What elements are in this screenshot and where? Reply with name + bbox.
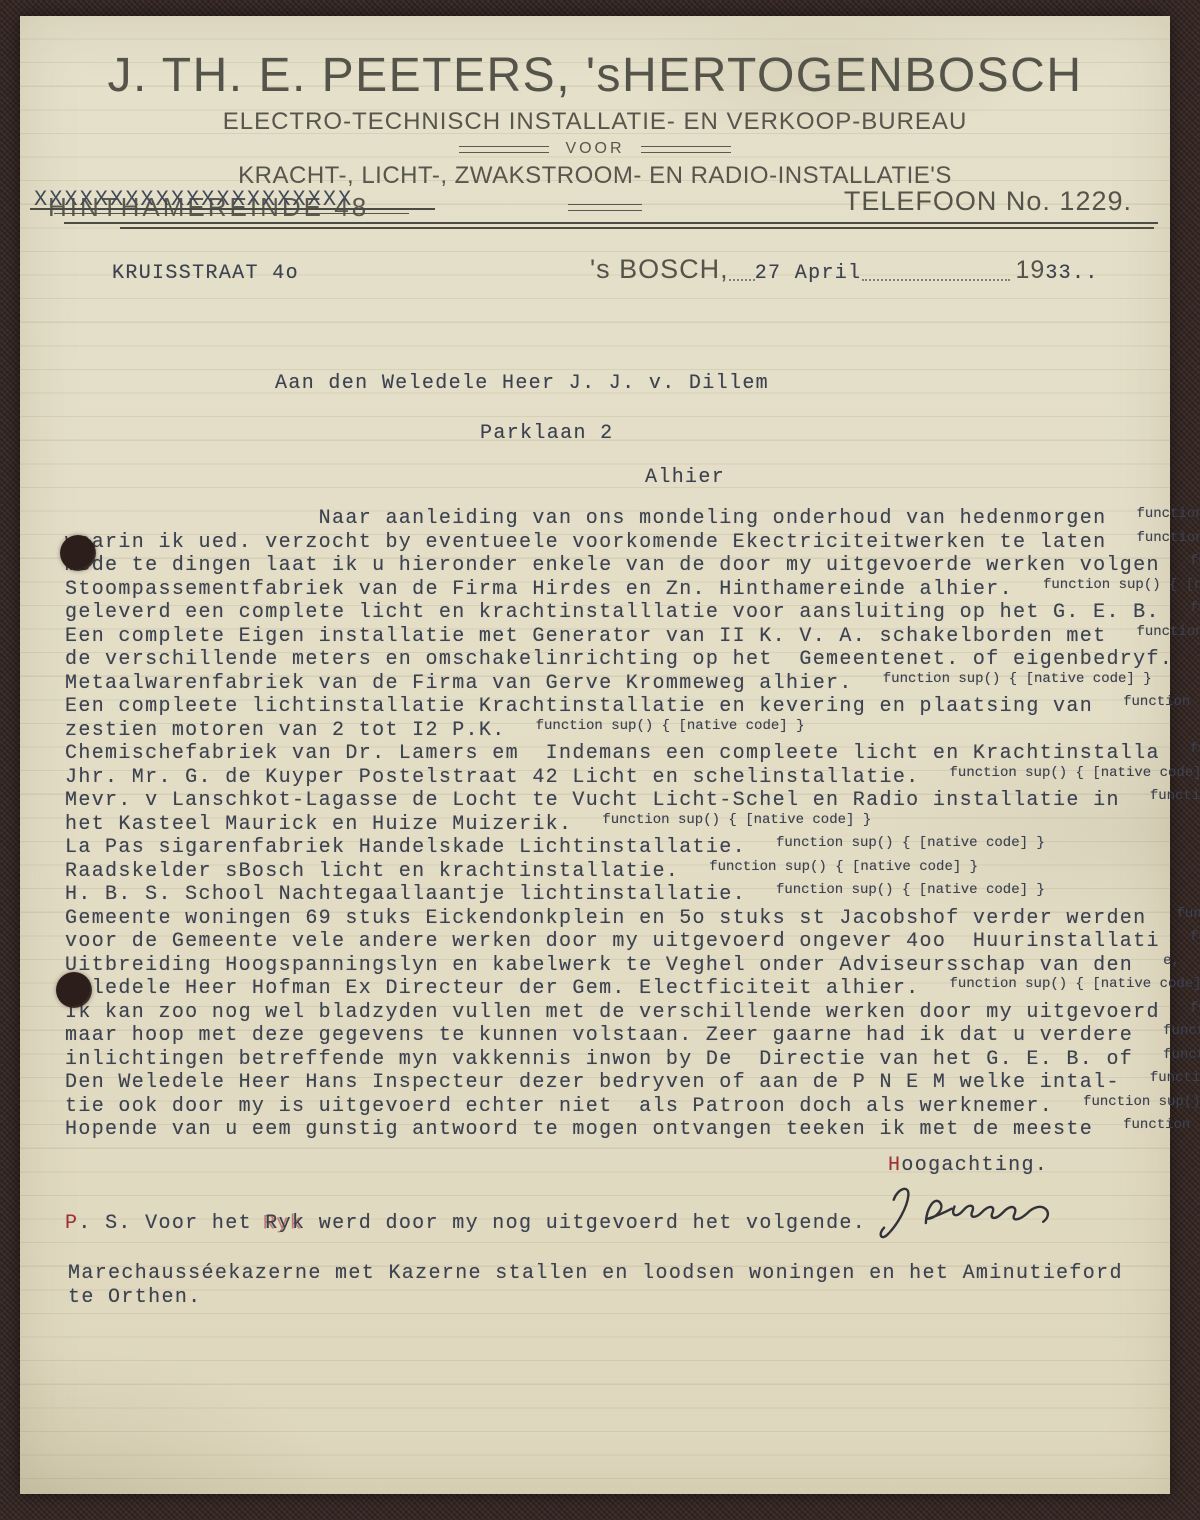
typed-superscript: function sup() { [native code] } xyxy=(1083,1094,1200,1110)
typed-superscript: function sup() { [native code] } xyxy=(1123,1117,1200,1133)
typed-superscript: function sup() { [native code] } xyxy=(1190,1000,1200,1016)
letter-paper: J. TH. E. PEETERS, 'sHERTOGENBOSCH ELECT… xyxy=(20,16,1170,1494)
recipient-street: Parklaan 2 xyxy=(480,422,614,445)
decor-double-line-center xyxy=(568,204,642,211)
letterhead-address-row: HINTHAMEREINDE 48 XXXXXXXXXXXXXXXXXXXXX … xyxy=(20,186,1170,224)
overstruck-word: Ryk xyxy=(265,1212,305,1235)
letter-body-line: Een compleete lichtinstallatie Krachtins… xyxy=(65,691,1170,715)
decor-double-line-right xyxy=(641,146,731,153)
letter-body-line: voor de Gemeente vele andere werken door… xyxy=(65,926,1170,950)
telefoon-number: TELEFOON No. 1229. xyxy=(844,186,1132,217)
letter-body-line: zestien motoren van 2 tot I2 P.K.functio… xyxy=(65,715,1170,739)
typed-superscript: function sup() { [native code] } xyxy=(883,671,1152,687)
postscript-line2: Marechausséekazerne met Kazerne stallen … xyxy=(68,1262,1123,1285)
typed-year: 33.. xyxy=(1045,262,1098,285)
typed-date: 27 April xyxy=(755,262,862,285)
letter-body-line: tie ook door my is uitgevoerd echter nie… xyxy=(65,1091,1170,1115)
letterhead-subtitle: ELECTRO-TECHNISCH INSTALLATIE- EN VERKOO… xyxy=(20,108,1170,136)
letter-body-line: Ik kan zoo nog wel bladzyden vullen met … xyxy=(65,997,1170,1021)
red-typed-initial: P xyxy=(65,1212,78,1235)
typed-superscript: function sup() { [native code] } xyxy=(1136,624,1200,640)
typed-superscript: function sup() { [native code] } xyxy=(1190,553,1200,569)
dateline: KRUISSTRAAT 4o 's BOSCH, 27 April 19 33.… xyxy=(20,254,1170,294)
letter-body-line: H. B. S. School Nachtegaallaantje lichti… xyxy=(65,879,1170,903)
typed-superscript: function sup() { [native code] } xyxy=(1190,600,1200,616)
letterhead-voor: VOOR xyxy=(565,140,624,158)
typed-x-strikeover: XXXXXXXXXXXXXXXXXXXXX xyxy=(34,187,353,212)
typed-superscript: function sup() { [native code] } xyxy=(1150,788,1200,804)
letter-body-line: Naar aanleiding van ons mondeling onderh… xyxy=(65,503,1170,527)
typed-superscript: function sup() { [native code] } xyxy=(1136,506,1200,522)
signature-svg xyxy=(862,1164,1058,1260)
typed-superscript: function sup() { [native code] } xyxy=(1043,577,1200,593)
letter-body-line: geleverd een complete licht en krachtins… xyxy=(65,597,1170,621)
typed-superscript: function sup() { [native code] } xyxy=(1136,530,1200,546)
letter-body-line: Uitbreiding Hoogspanningslyn en kabelwer… xyxy=(65,950,1170,974)
typed-superscript: function sup() { [native code] } xyxy=(1163,1047,1200,1063)
company-name: J. TH. E. PEETERS, 'sHERTOGENBOSCH xyxy=(20,48,1170,103)
letter-body-line: maar hoop met deze gegevens te kunnen vo… xyxy=(65,1020,1170,1044)
decor-double-line-left xyxy=(459,146,549,153)
letterhead-rule xyxy=(64,222,1158,233)
typed-superscript: function sup() { [native code] } xyxy=(776,882,1045,898)
punch-hole xyxy=(56,972,92,1008)
letterhead-rule-second-line xyxy=(120,227,1154,229)
recipient-name: Aan den Weledele Heer J. J. v. Dillem xyxy=(275,372,769,395)
old-address-struck-out: HINTHAMEREINDE 48 XXXXXXXXXXXXXXXXXXXXX xyxy=(48,192,369,223)
letter-body-line: Hopende van u eem gunstig antwoord te mo… xyxy=(65,1114,1170,1138)
typed-superscript: function sup() { [native code] } xyxy=(1177,906,1200,922)
letter-body: Naar aanleiding van ons mondeling onderh… xyxy=(65,503,1170,1138)
typed-superscript: function sup() { [native code] } xyxy=(1190,929,1200,945)
letter-body-line: Gemeente woningen 69 stuks Eickendonkple… xyxy=(65,903,1170,927)
letter-body-line: Stoompassementfabriek van de Firma Hirde… xyxy=(65,574,1170,598)
typed-superscript: function sup() { [native code] } xyxy=(950,976,1200,992)
typed-superscript: function sup() { [native code] } xyxy=(536,718,805,734)
postscript-line3: te Orthen. xyxy=(68,1286,202,1309)
letter-body-line: het Kasteel Maurick en Huize Muizerik.fu… xyxy=(65,809,1170,833)
typed-superscript: function sup() { [native code] } xyxy=(1163,1023,1200,1039)
letter-body-line: Mevr. v Lanschkot-Lagasse de Locht te Vu… xyxy=(65,785,1170,809)
letter-body-line: Metaalwarenfabriek van de Firma van Gerv… xyxy=(65,668,1170,692)
typed-superscript: e, xyxy=(1163,953,1180,969)
postscript-line: P. S. Voor het Ryk werd door my nog uitg… xyxy=(65,1212,866,1235)
letter-body-line: Een complete Eigen installatie met Gener… xyxy=(65,621,1170,645)
letter-body-line: Jhr. Mr. G. de Kuyper Postelstraat 42 Li… xyxy=(65,762,1170,786)
dotted-leader xyxy=(729,259,755,281)
scan-mat-background: J. TH. E. PEETERS, 'sHERTOGENBOSCH ELECT… xyxy=(0,0,1200,1520)
letter-body-line: waarin ik ued. verzocht by eventueele vo… xyxy=(65,527,1170,551)
city-name: 's BOSCH, xyxy=(590,254,729,285)
letter-body-line: Weledele Heer Hofman Ex Directeur der Ge… xyxy=(65,973,1170,997)
typed-superscript: function sup() { [native code] } xyxy=(950,765,1200,781)
sender-street: KRUISSTRAAT 4o xyxy=(112,262,299,285)
postscript-tail: werd door my nog uitgevoerd het volgende… xyxy=(305,1212,866,1235)
punch-hole xyxy=(60,535,96,571)
letter-body-line: Chemischefabriek van Dr. Lamers em Indem… xyxy=(65,738,1170,762)
typed-superscript: function sup() { [native code] } xyxy=(1123,694,1200,710)
typed-superscript: function sup() { [native code] } xyxy=(776,835,1045,851)
letter-body-line: Raadskelder sBosch licht en krachtinstal… xyxy=(65,856,1170,880)
dotted-leader xyxy=(862,259,1010,281)
postscript-mid: . S. Voor het xyxy=(78,1212,265,1235)
typed-superscript: function sup() { [native code] } xyxy=(602,812,871,828)
letter-body-line: Den Weledele Heer Hans Inspecteur dezer … xyxy=(65,1067,1170,1091)
letter-body-line: inlichtingen betreffende myn vakkennis i… xyxy=(65,1044,1170,1068)
printed-year-prefix: 19 xyxy=(1016,256,1046,285)
city-date-group: 's BOSCH, 27 April 19 33.. xyxy=(590,254,1099,285)
typed-superscript: function sup() { [native code] } xyxy=(1190,741,1200,757)
letter-body-line: La Pas sigarenfabriek Handelskade Lichti… xyxy=(65,832,1170,856)
signature-handwriting xyxy=(862,1164,1058,1260)
typed-superscript: function sup() { [native code] } xyxy=(709,859,978,875)
letterhead-voor-row: VOOR xyxy=(20,140,1170,158)
red-typed-initial: H xyxy=(888,1154,901,1177)
letter-body-line: mede te dingen laat ik u hieronder enkel… xyxy=(65,550,1170,574)
letter-body-line: de verschillende meters en omschakelinri… xyxy=(65,644,1170,668)
recipient-city: Alhier xyxy=(645,466,725,489)
typed-superscript: function sup() { [native code] } xyxy=(1150,1070,1200,1086)
